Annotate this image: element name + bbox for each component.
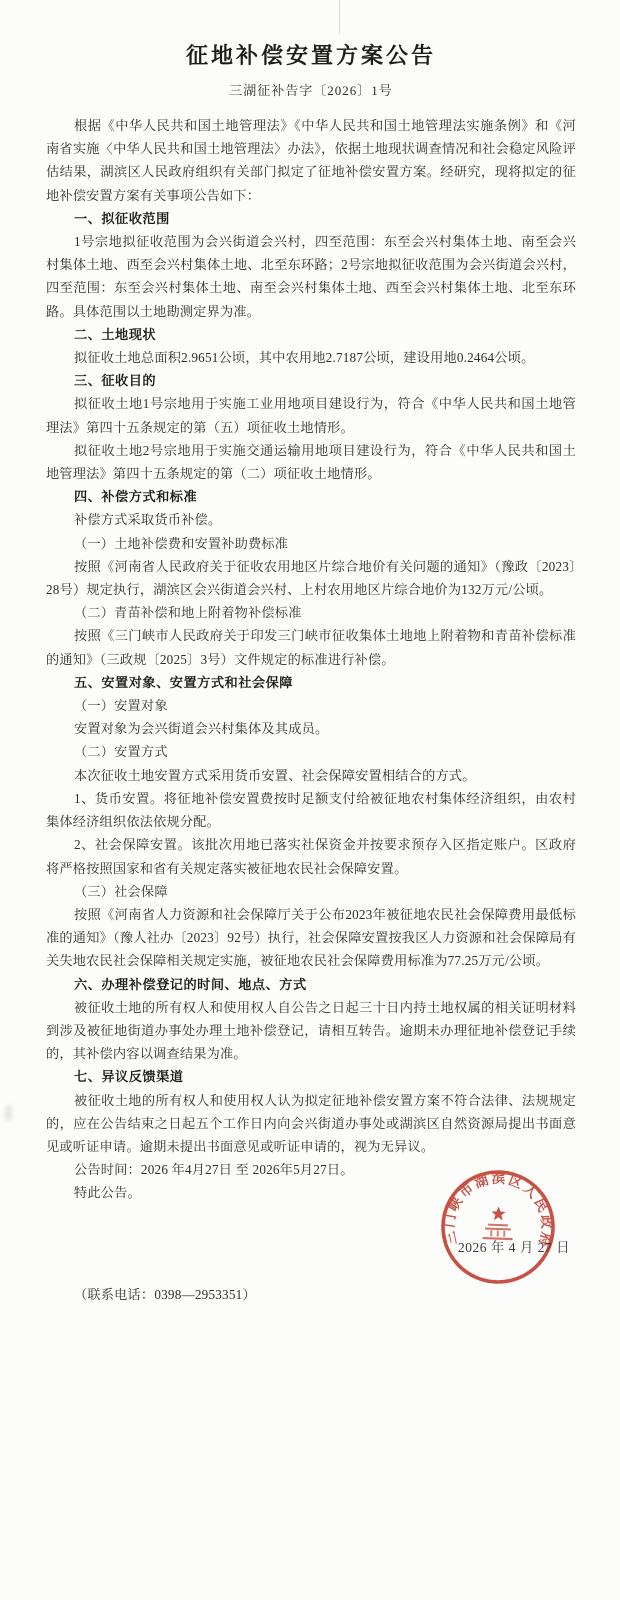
star-icon bbox=[491, 1206, 506, 1220]
paragraph: 补偿方式采取货币补偿。 bbox=[46, 508, 576, 531]
paragraph: 本次征收土地安置方式采用货币安置、社会保障安置相结合的方式。 bbox=[46, 764, 576, 787]
section-heading: 四、补偿方式和标准 bbox=[46, 485, 576, 508]
seal-ring bbox=[441, 1170, 555, 1284]
subsection-heading: （二）青苗补偿和地上附着物补偿标准 bbox=[46, 601, 576, 624]
official-seal-stamp: 三门峡市湖滨区人民政府 bbox=[436, 1165, 560, 1289]
scan-fold-line bbox=[339, 0, 340, 34]
paragraph: 拟征收土地1号宗地用于实施工业用地项目建设行为，符合《中华人民共和国土地管理法》… bbox=[46, 392, 576, 438]
seal-date: 2026 年 4 月 27 日 bbox=[458, 1238, 590, 1258]
document-content: 征地补偿安置方案公告 三湖征补告字〔2026〕1号 根据《中华人民共和国土地管理… bbox=[0, 0, 620, 1306]
paragraph: 按照《河南省人力资源和社会保障厅关于公布2023年被征地农民社会保障费用最低标准… bbox=[46, 903, 576, 973]
paragraph: 1号宗地拟征收范围为会兴街道会兴村，四至范围：东至会兴村集体土地、南至会兴村集体… bbox=[46, 230, 576, 323]
paragraph: 被征收土地的所有权人和使用权人自公告之日起三十日内持土地权属的相关证明材料到涉及… bbox=[46, 996, 576, 1066]
scan-artifact bbox=[5, 1105, 12, 1121]
section-heading: 二、土地现状 bbox=[46, 323, 576, 346]
subsection-heading: （三）社会保障 bbox=[46, 880, 576, 903]
section-heading: 六、办理补偿登记的时间、地点、方式 bbox=[46, 973, 576, 996]
subsection-heading: （一）土地补偿费和安置补助费标准 bbox=[46, 532, 576, 555]
section-heading: 五、安置对象、安置方式和社会保障 bbox=[46, 671, 576, 694]
paragraph: 根据《中华人民共和国土地管理法》《中华人民共和国土地管理法实施条例》和《河南省实… bbox=[46, 114, 576, 207]
paragraph: 按照《三门峡市人民政府关于印发三门峡市征收集体土地地上附着物和青苗补偿标准的通知… bbox=[46, 624, 576, 670]
subsection-heading: （二）安置方式 bbox=[46, 740, 576, 763]
document-body: 根据《中华人民共和国土地管理法》《中华人民共和国土地管理法实施条例》和《河南省实… bbox=[46, 114, 576, 1205]
national-emblem-icon bbox=[483, 1206, 514, 1240]
paragraph: 按照《河南省人民政府关于征收农用地区片综合地价有关问题的通知》（豫政〔2023〕… bbox=[46, 555, 576, 601]
paragraph: 被征收土地的所有权人和使用权人认为拟定征地补偿安置方案不符合法律、法规规定的，应… bbox=[46, 1089, 576, 1159]
section-heading: 一、拟征收范围 bbox=[46, 207, 576, 230]
paragraph: 安置对象为会兴街道会兴村集体及其成员。 bbox=[46, 717, 576, 740]
section-heading: 三、征收目的 bbox=[46, 369, 576, 392]
document-page: 征地补偿安置方案公告 三湖征补告字〔2026〕1号 根据《中华人民共和国土地管理… bbox=[0, 0, 620, 1600]
subsection-heading: （一）安置对象 bbox=[46, 694, 576, 717]
paragraph: 拟征收土地2号宗地用于实施交通运输用地项目建设行为，符合《中华人民共和国土地管理… bbox=[46, 439, 576, 485]
document-title: 征地补偿安置方案公告 bbox=[46, 40, 576, 72]
section-heading: 七、异议反馈渠道 bbox=[46, 1065, 576, 1088]
paragraph: 2、社会保障安置。该批次用地已落实社保资金并按要求预存入区指定账户。区政府将严格… bbox=[46, 833, 576, 879]
document-number: 三湖征补告字〔2026〕1号 bbox=[46, 81, 576, 101]
paragraph: 拟征收土地总面积2.9651公顷，其中农用地2.7187公顷，建设用地0.246… bbox=[46, 346, 576, 369]
paragraph: 1、货币安置。将征地补偿安置费按时足额支付给被征地农村集体经济组织，由农村集体经… bbox=[46, 787, 576, 833]
